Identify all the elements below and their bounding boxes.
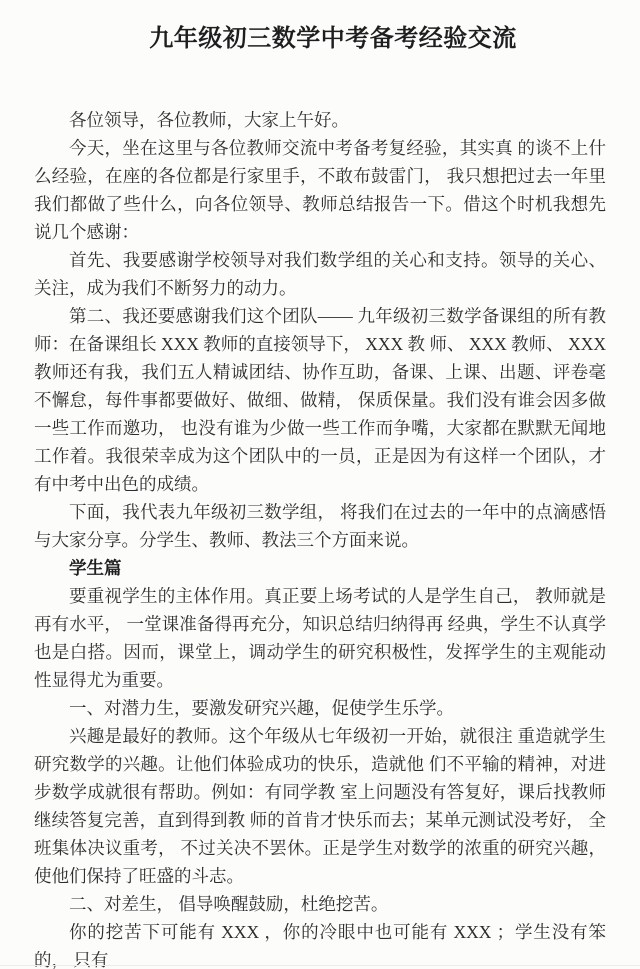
section-heading: 学生篇 [34,554,606,582]
paragraph: 一、对潜力生，要激发研究兴趣，促使学生乐学。 [34,694,606,722]
paragraph: 下面，我代表九年级初三数学组， 将我们在过去的一年中的点滴感悟与大家分享。分学生… [34,498,606,554]
paragraph: 各位领导，各位教师，大家上午好。 [34,106,606,134]
paragraph: 首先、我要感谢学校领导对我们数学组的关心和支持。领导的关心、关注，成为我们不断努… [34,246,606,302]
paragraph: 你的挖苦下可能有 XXX ，你的冷眼中也可能有 XXX ；学生没有笨的， 只有 [34,918,606,969]
paragraph: 兴趣是最好的教师。这个年级从七年级初一开始，就很注 重造就学生研究数学的兴趣。让… [34,722,606,890]
paragraph: 要重视学生的主体作用。真正要上场考试的人是学生自己， 教师就是再有水平， 一堂课… [34,582,606,694]
paragraph: 今天，坐在这里与各位教师交流中考备考复经验，其实真 的谈不上什么经验，在座的各位… [34,134,606,246]
document-title: 九年级初三数学中考备考经验交流 [60,14,606,53]
document-page: 九年级初三数学中考备考经验交流 各位领导，各位教师，大家上午好。今天，坐在这里与… [0,0,640,969]
paragraph: 二、对差生， 倡导唤醒鼓励，杜绝挖苦。 [34,890,606,918]
document-body: 各位领导，各位教师，大家上午好。今天，坐在这里与各位教师交流中考备考复经验，其实… [34,106,606,969]
page-bottom-divider [0,965,640,966]
paragraph: 第二、我还要感谢我们这个团队—— 九年级初三数学备课组的所有教师：在备课组长 X… [34,302,606,498]
